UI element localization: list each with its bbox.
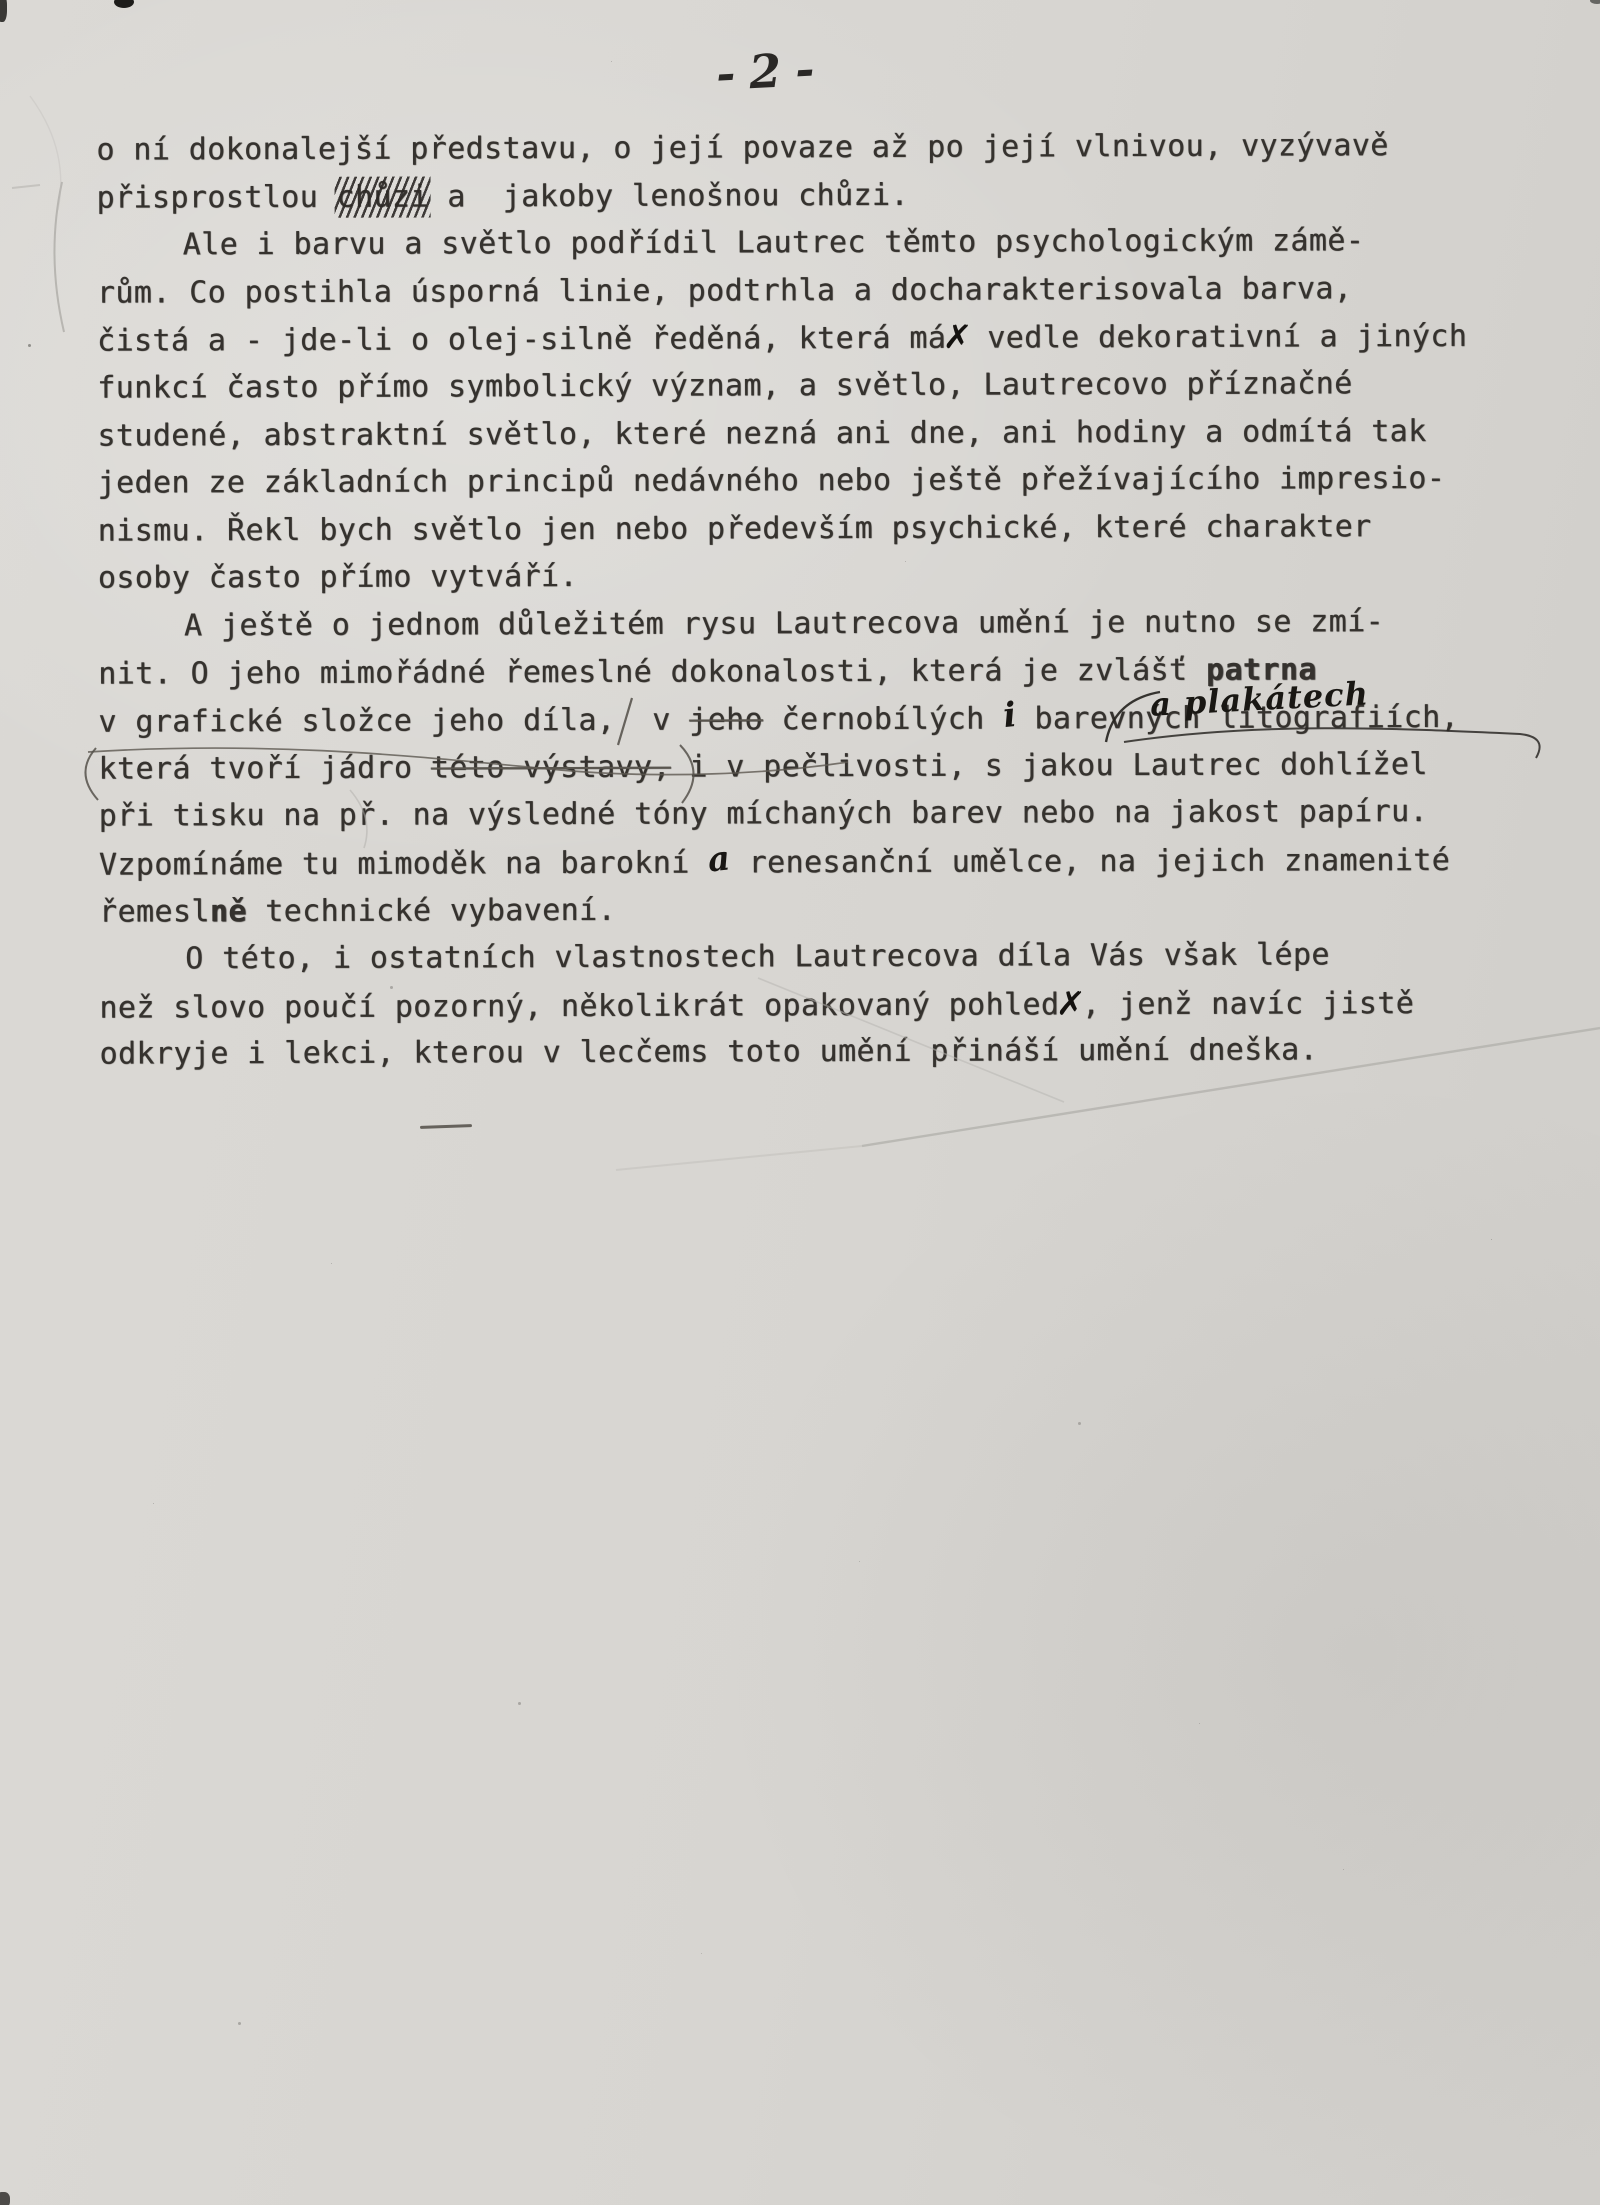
paper-specks [0, 0, 3, 3]
text-line: A ještě o jednom důležitém rysu Lautreco… [98, 597, 1598, 650]
pencil-struck-text: této výstavy, [431, 749, 671, 785]
text-line: funkcí často přímo symbolický význam, a … [97, 359, 1597, 412]
typed-text: nit. O jeho mimořádné řemeslné dokonalos… [98, 652, 1206, 691]
typed-text: vedle dekorativní a jiných [969, 319, 1468, 356]
text-line: O této, i ostatních vlastnostech Lautrec… [99, 930, 1599, 983]
pencil-margin-curve [54, 182, 64, 332]
text-line: čistá a - jde-li o olej-silně ředěná, kt… [97, 312, 1597, 365]
typed-text: řemesl [99, 894, 210, 929]
pencil-open-paren [85, 748, 98, 800]
text-line: osoby často přímo vytváří. [98, 550, 1598, 603]
handwritten-x-mark: ✗ [942, 314, 974, 363]
scan-edge-artifact [0, 0, 7, 22]
typed-text: Vzpomínáme tu mimoděk na barokní [99, 845, 708, 882]
typed-text: , jenž navíc jistě [1082, 986, 1414, 1022]
handwritten-x-mark: ✗ [1055, 980, 1087, 1029]
typed-text: při tisku na př. na výsledné tóny míchan… [99, 794, 1428, 834]
text-line: než slovo poučí pozorný, několikrát opak… [99, 978, 1599, 1031]
text-line: nismu. Řekl bych světlo jen nebo předevš… [98, 502, 1598, 555]
typed-text: funkcí často přímo symbolický význam, a … [97, 366, 1353, 405]
text-line: jeden ze základních principů nedávného n… [98, 455, 1598, 508]
pencil-struck-text: jeho [689, 702, 763, 737]
typed-text: rům. Co postihla úsporná linie, podtrhla… [97, 271, 1353, 310]
typed-text: Ale i barvu a světlo podřídil Lautrec tě… [183, 223, 1365, 262]
typed-text: i v pečlivosti, s jakou Lautrec dohlížel [671, 747, 1428, 785]
text-line: v grafické složce jeho díla, v jeho čern… [98, 693, 1598, 746]
typed-text: přisprostlou [97, 179, 337, 215]
scan-edge-artifact [114, 0, 134, 8]
typed-text: technické vybavení. [247, 892, 616, 928]
handwritten-insert-letter: a [706, 835, 733, 885]
typed-text: než slovo poučí pozorný, několikrát opak… [99, 987, 1059, 1025]
page-number: -2- [715, 37, 908, 101]
typed-text: jeden ze základních principů nedávného n… [98, 461, 1446, 501]
typed-struck-word: chůzi [337, 173, 429, 221]
text-line: nit. O jeho mimořádné řemeslné dokonalos… [98, 645, 1598, 698]
text-line: Vzpomínáme tu mimoděk na barokní a renes… [99, 835, 1599, 888]
typed-text: černobílých [763, 702, 1003, 738]
typed-text: odkryje i lekci, kterou v lecčems toto u… [100, 1033, 1319, 1072]
typed-text: studené, abstraktní světlo, které nezná … [97, 414, 1426, 454]
typed-text: v grafické složce jeho díla, v [98, 703, 689, 740]
scanned-page: -2- o ní dokonalejší představu, o její p… [0, 0, 1600, 2205]
typed-text: O této, i ostatních vlastnostech Lautrec… [185, 937, 1330, 976]
typed-text: osoby často přímo vytváří. [98, 559, 578, 596]
text-line: Ale i barvu a světlo podřídil Lautrec tě… [97, 217, 1597, 270]
typed-text: čistá a - jde-li o olej-silně ředěná, kt… [97, 321, 946, 359]
crease-line [616, 1146, 862, 1170]
typed-text: která tvoří jádro [99, 750, 431, 786]
typed-text: A ještě o jednom důležitém rysu Lautreco… [184, 604, 1384, 643]
typed-text: a jakoby lenošnou chůzi. [429, 177, 909, 214]
section-dash [420, 1124, 472, 1129]
scan-edge-artifact [1590, 0, 1600, 4]
overtyped-text: ně [210, 894, 247, 929]
typed-text: o ní dokonalejší představu, o její povaz… [96, 128, 1388, 168]
scan-edge-artifact [0, 2192, 10, 2205]
text-line: studené, abstraktní světlo, které nezná … [97, 407, 1597, 460]
text-line: řemeslně technické vybavení. [99, 883, 1599, 936]
text-line: rům. Co postihla úsporná linie, podtrhla… [97, 264, 1597, 317]
typed-text: renesanční umělce, na jejich znamenité [730, 843, 1450, 881]
text-line: přisprostlou chůzi a jakoby lenošnou chů… [97, 169, 1597, 222]
typed-text-block: o ní dokonalejší představu, o její povaz… [96, 121, 1599, 1078]
crease-scratch [30, 96, 61, 210]
pencil-margin-tick [12, 185, 40, 188]
text-line: o ní dokonalejší představu, o její povaz… [96, 121, 1596, 174]
text-line: která tvoří jádro této výstavy, i v pečl… [99, 740, 1599, 793]
text-line: při tisku na př. na výsledné tóny míchan… [99, 788, 1599, 841]
text-line: odkryje i lekci, kterou v lecčems toto u… [99, 1026, 1599, 1079]
typed-text: nismu. Řekl bych světlo jen nebo předevš… [98, 509, 1372, 548]
